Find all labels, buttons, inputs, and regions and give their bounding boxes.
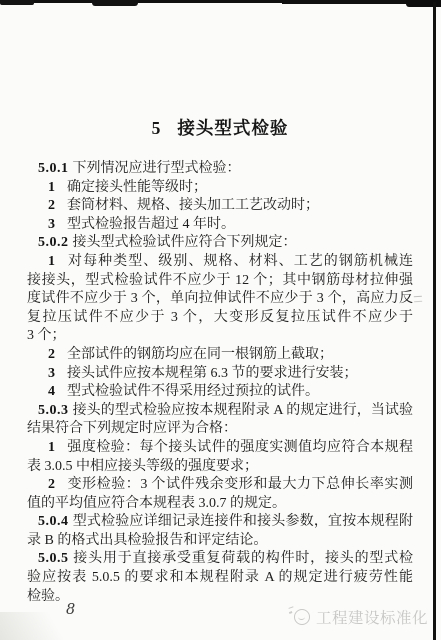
clause-number: 5.0.1 xyxy=(38,161,69,176)
item-number: 2 xyxy=(48,198,55,213)
line-text: 接接头，型式检验试件不应少于 12 个；其中钢筋母材拉伸强 xyxy=(27,273,413,288)
logo-circle-icon xyxy=(294,609,310,625)
line-text: 复拉压试件不应少于 3 个，大变形反复拉压试件不应少于 xyxy=(27,310,413,325)
text-line: 3接头试件应按本规程第 6.3 节的要求进行安装； xyxy=(27,365,413,384)
text-line: 表 3.0.5 中相应接头等级的强度要求； xyxy=(27,458,413,477)
text-line: 值的平均值应符合本规程表 3.0.7 的规定。 xyxy=(27,495,413,514)
line-text: 度试件不应少于 3 个，单向拉伸试件不应少于 3 个，高应力反 xyxy=(27,291,413,306)
item-number: 2 xyxy=(48,477,55,492)
text-line: 5.0.5接头用于直接承受重复荷载的构件时，接头的型式检 xyxy=(27,550,413,569)
line-text: 下列情况应进行型式检验： xyxy=(73,161,241,176)
text-line: 检验。 xyxy=(27,588,413,607)
item-number: 2 xyxy=(48,347,55,362)
text-line: 度试件不应少于 3 个，单向拉伸试件不应少于 3 个，高应力反 xyxy=(27,290,413,309)
section-heading: 5接头型式检验 xyxy=(27,115,413,140)
watermark-text: 工程建设标准化 xyxy=(316,606,428,628)
watermark: 工程建设标准化 xyxy=(294,606,428,628)
item-number: 1 xyxy=(48,180,55,195)
text-line: 验应按表 5.0.5 的要求和本规程附录 A 的规定进行疲劳性能 xyxy=(27,569,413,588)
line-text: 型式检验应详细记录连接件和接头参数，宜按本规程附 xyxy=(73,514,414,529)
item-number: 4 xyxy=(48,384,55,399)
line-text: 表 3.0.5 中相应接头等级的强度要求； xyxy=(27,459,258,474)
section-title-text: 接头型式检验 xyxy=(177,118,288,138)
text-line: 接接头，型式检验试件不应少于 12 个；其中钢筋母材拉伸强 xyxy=(27,272,413,291)
line-text: 3 个； xyxy=(27,328,66,343)
text-line: 1确定接头性能等级时； xyxy=(27,179,413,198)
text-line: 4型式检验试件不得采用经过预拉的试件。 xyxy=(27,383,413,402)
line-text: 接头型式检验试件应符合下列规定： xyxy=(73,235,297,250)
text-line: 3 个； xyxy=(27,327,413,346)
line-text: 套筒材料、规格、接头加工工艺改动时； xyxy=(67,198,319,213)
item-number: 3 xyxy=(48,217,55,232)
text-line: 录 B 的格式出具检验报告和评定结论。 xyxy=(27,532,413,551)
clause-number: 5.0.3 xyxy=(38,403,69,418)
text-line: 1对每种类型、级别、规格、材料、工艺的钢筋机械连 xyxy=(27,253,413,272)
text-line: 1强度检验：每个接头试件的强度实测值均应符合本规程 xyxy=(27,439,413,458)
item-number: 1 xyxy=(48,254,55,269)
clause-number: 5.0.5 xyxy=(38,551,69,566)
text-line: 3型式检验报告超过 4 年时。 xyxy=(27,216,413,235)
page-number: 8 xyxy=(66,602,75,618)
line-text: 结果符合下列规定时应评为合格： xyxy=(27,421,237,436)
text-line: 2套筒材料、规格、接头加工工艺改动时； xyxy=(27,197,413,216)
line-text: 型式检验试件不得采用经过预拉的试件。 xyxy=(67,384,319,399)
line-text: 确定接头性能等级时； xyxy=(67,180,207,195)
text-line: 5.0.2接头型式检验试件应符合下列规定： xyxy=(27,234,413,253)
item-number: 3 xyxy=(48,366,55,381)
text-line: 5.0.1下列情况应进行型式检验： xyxy=(27,160,413,179)
text-line: 复拉压试件不应少于 3 个，大变形反复拉压试件不应少于 xyxy=(27,309,413,328)
line-text: 验应按表 5.0.5 的要求和本规程附录 A 的规定进行疲劳性能 xyxy=(27,570,413,585)
text-line: 5.0.3接头的型式检验应按本规程附录 A 的规定进行，当试验 xyxy=(27,402,413,421)
line-text: 值的平均值应符合本规程表 3.0.7 的规定。 xyxy=(27,496,286,511)
text-line: 5.0.4型式检验应详细记录连接件和接头参数，宜按本规程附 xyxy=(27,513,413,532)
body-text: 5.0.1下列情况应进行型式检验：1确定接头性能等级时；2套筒材料、规格、接头加… xyxy=(27,160,413,606)
scanned-document-page: 5接头型式检验 5.0.1下列情况应进行型式检验：1确定接头性能等级时；2套筒材… xyxy=(0,0,441,640)
line-text: 接头的型式检验应按本规程附录 A 的规定进行，当试验 xyxy=(73,403,414,418)
page-curl-shadow xyxy=(0,612,92,640)
clause-number: 5.0.4 xyxy=(38,514,69,529)
line-text: 检验。 xyxy=(27,589,69,604)
line-text: 全部试件的钢筋均应在同一根钢筋上截取； xyxy=(67,347,333,362)
section-number: 5 xyxy=(152,118,162,138)
line-text: 强度检验：每个接头试件的强度实测值均应符合本规程 xyxy=(67,440,413,455)
scan-edge-top-blob xyxy=(92,0,138,6)
scan-speck xyxy=(414,296,422,303)
line-text: 接头用于直接承受重复荷载的构件时，接头的型式检 xyxy=(73,551,414,566)
scan-edge-top-left xyxy=(0,0,34,5)
line-text: 对每种类型、级别、规格、材料、工艺的钢筋机械连 xyxy=(67,254,413,269)
line-text: 录 B 的格式出具检验报告和评定结论。 xyxy=(27,533,267,548)
text-line: 结果符合下列规定时应评为合格： xyxy=(27,420,413,439)
item-number: 1 xyxy=(48,440,55,455)
text-line: 2全部试件的钢筋均应在同一根钢筋上截取； xyxy=(27,346,413,365)
line-text: 变形检验：3 个试件残余变形和最大力下总伸长率实测 xyxy=(67,477,413,492)
text-line: 2变形检验：3 个试件残余变形和最大力下总伸长率实测 xyxy=(27,476,413,495)
line-text: 接头试件应按本规程第 6.3 节的要求进行安装； xyxy=(67,366,358,381)
scan-edge-right xyxy=(433,2,436,640)
line-text: 型式检验报告超过 4 年时。 xyxy=(67,217,235,232)
clause-number: 5.0.2 xyxy=(38,235,69,250)
